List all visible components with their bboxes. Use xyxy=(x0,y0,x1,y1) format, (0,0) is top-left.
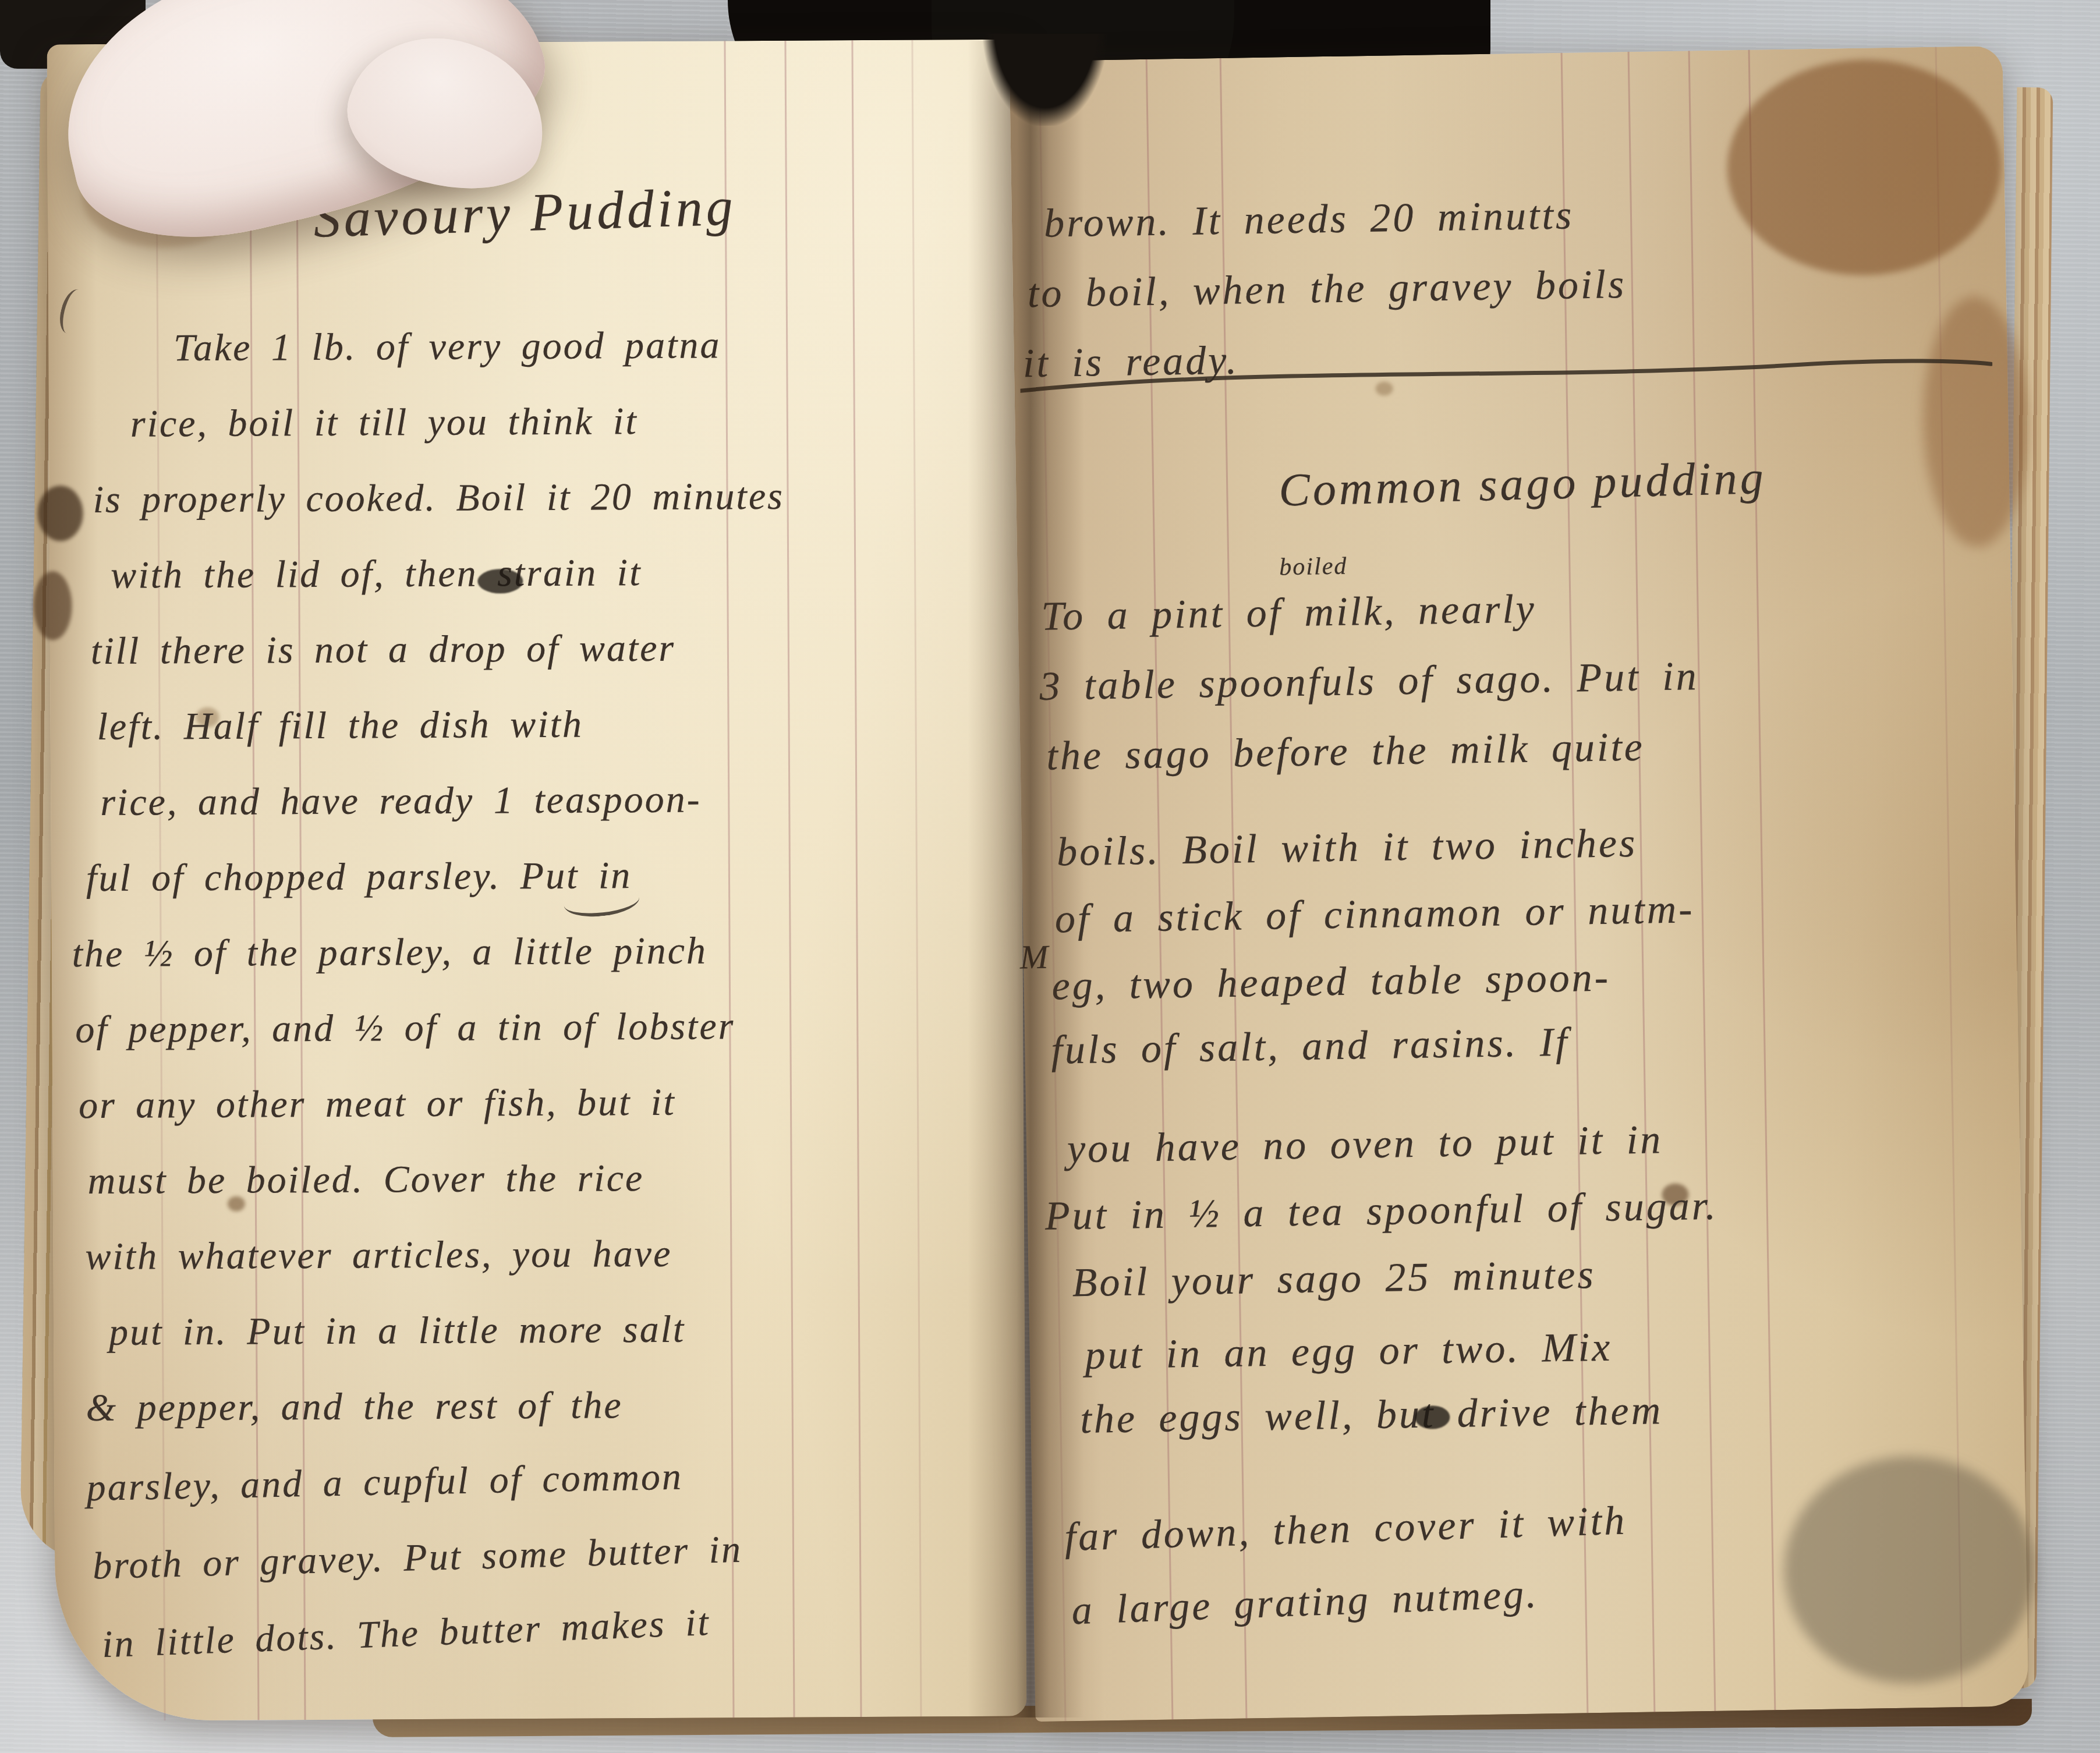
handwritten-line: To a pint of milk, nearly xyxy=(1041,586,1536,640)
handwritten-line: must be boiled. Cover the rice xyxy=(87,1156,644,1203)
inserted-word: boiled xyxy=(1279,553,1348,582)
handwritten-line: or any other meat or fish, but it xyxy=(79,1081,676,1128)
handwritten-line: with the lid of, then strain it xyxy=(111,551,642,598)
handwritten-line: the sago before the milk quite xyxy=(1046,724,1645,780)
handwritten-line: in little dots. The butter makes it xyxy=(101,1600,711,1667)
feint-rule-line xyxy=(1935,47,1963,1708)
right-page[interactable]: brown. It needs 20 minutts to boil, when… xyxy=(1010,46,2029,1722)
book-gutter-shadow xyxy=(968,41,1084,1717)
handwritten-line: the ½ of the parsley, a little pinch xyxy=(72,929,707,976)
feint-rule-line xyxy=(1688,51,1716,1711)
stain xyxy=(1783,1454,2037,1685)
handwritten-line: put in. Put in a little more salt xyxy=(109,1308,686,1355)
feint-rule-line xyxy=(1628,52,1656,1712)
handwritten-line: you have no oven to put it in xyxy=(1067,1117,1663,1173)
ink-blot xyxy=(477,569,523,593)
feint-rule-line xyxy=(724,41,734,1717)
feint-rule-line xyxy=(1748,50,1776,1710)
handwritten-line: with whatever articles, you have xyxy=(85,1232,672,1279)
feint-rule-line xyxy=(784,41,795,1717)
handwritten-line: ful of chopped parsley. Put in xyxy=(86,854,632,901)
left-page[interactable]: Savoury Pudding Take 1 lb. of very good … xyxy=(47,40,1026,1722)
recipe-heading: Common sago pudding xyxy=(1278,452,1766,518)
photo-of-recipe-book: Savoury Pudding Take 1 lb. of very good … xyxy=(0,0,2100,1753)
handwritten-line: brown. It needs 20 minutts xyxy=(1043,192,1574,247)
handwritten-line: eg, two heaped table spoon- xyxy=(1051,955,1611,1010)
handwritten-line: of pepper, and ½ of a tin of lobster xyxy=(75,1004,735,1052)
feint-rule-line xyxy=(911,40,922,1717)
handwritten-line: of a stick of cinnamon or nutm- xyxy=(1054,886,1695,943)
handwritten-line: rice, and have ready 1 teaspoon- xyxy=(100,778,702,825)
handwritten-line: to boil, when the gravey boils xyxy=(1027,261,1626,317)
handwritten-line: rice, boil it till you think it xyxy=(130,399,638,447)
handwritten-line: is properly cooked. Boil it 20 minutes xyxy=(93,474,784,522)
handwritten-line: left. Half fill the dish with xyxy=(97,703,583,749)
handwritten-line: broth or gravey. Put some butter in xyxy=(92,1527,743,1588)
gutter-top-gap xyxy=(983,34,1108,126)
stain xyxy=(1726,58,2003,277)
handwritten-line: the eggs well, but drive them xyxy=(1080,1387,1663,1443)
handwritten-line: parsley, and a cupful of common xyxy=(86,1455,684,1511)
handwritten-line: till there is not a drop of water xyxy=(91,626,676,674)
stain xyxy=(37,486,83,541)
handwritten-line: Put in ½ a tea spoonful of sugar. xyxy=(1044,1183,1718,1240)
handwritten-line: Take 1 lb. of very good patna xyxy=(173,323,721,370)
handwritten-line: 3 table spoonfuls of sago. Put in xyxy=(1039,653,1699,710)
handwritten-line: Boil your sago 25 minutes xyxy=(1072,1252,1596,1306)
handwritten-line: boils. Boil with it two inches xyxy=(1056,820,1637,876)
handwritten-line: fuls of salt, and rasins. If xyxy=(1051,1019,1570,1074)
handwritten-line: far down, then cover it with xyxy=(1064,1498,1627,1561)
handwritten-line: a large grating nutmeg. xyxy=(1071,1571,1539,1634)
feint-rule-line xyxy=(851,40,862,1717)
handwritten-line: & pepper, and the rest of the xyxy=(86,1383,623,1430)
handwritten-line: put in an egg or two. Mix xyxy=(1085,1325,1613,1379)
pen-flourish xyxy=(56,287,89,337)
stain xyxy=(33,571,72,640)
